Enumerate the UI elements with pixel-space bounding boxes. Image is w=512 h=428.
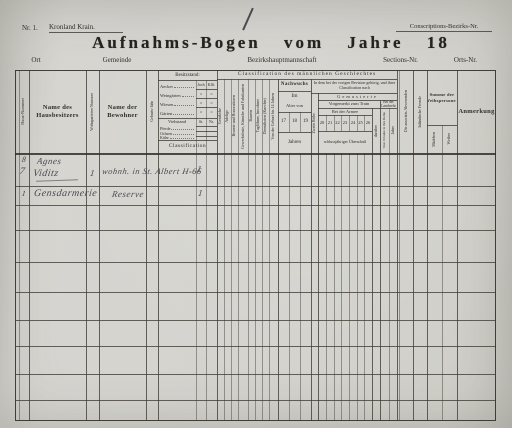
handwritten-wohnpartei: 1 xyxy=(86,167,99,179)
urlaub-col: Vom Urlaube in ihre Reihe xyxy=(380,108,389,153)
armee-year: 21 xyxy=(326,115,334,131)
darueber-col: darüber xyxy=(372,110,380,153)
armee-year: 20 xyxy=(318,115,326,131)
ditto-mark: „ xyxy=(196,90,206,98)
age-19: 19 xyxy=(300,112,311,132)
jahre-col: Jahre xyxy=(389,108,397,153)
class-col-gewerbsleute: Gewerbsleute, Künstler und Fabrikanten xyxy=(238,79,248,153)
armee-year: 22 xyxy=(334,115,341,131)
landwehr-header: Bei der Landwehr xyxy=(380,100,397,108)
col-header-hausbesitzer: Name des Hausbesitzers xyxy=(31,72,84,151)
bei-der-armee-header: Bei der Armee xyxy=(318,108,372,115)
nachwuchs-title: Nachwuchs xyxy=(278,79,311,91)
besitz-row: Aecker xyxy=(159,81,196,89)
handwritten-name-last: Viditz xyxy=(32,168,79,180)
conscription-district-label: Conscriptions-Bezirks-Nr. xyxy=(396,22,492,32)
col-header-bewohner: Name der Bewohner xyxy=(101,72,144,151)
nachwuchs-im: Im xyxy=(278,92,311,101)
classification-box-label: Classification xyxy=(158,140,217,153)
age-17: 17 xyxy=(278,112,289,132)
sections-nr-label: Sections-Nr. xyxy=(373,55,428,65)
handwritten-note: Reserve xyxy=(111,188,163,200)
vorgemerkt-header: Vorgemerkt zum Train xyxy=(318,100,380,108)
census-form-sheet: Nr. 1. Kronland Krain. Conscriptions-Bez… xyxy=(0,0,512,428)
maedchen-col: Mädchen xyxy=(427,125,442,153)
col-header-wohnpartei-nr: Wohnparteien-Nummer xyxy=(86,70,99,153)
handwritten-slash-mark xyxy=(242,8,253,31)
bezirkshauptmannschaft-label: Bezirkshauptmannschaft xyxy=(227,55,337,65)
armee-year: 24 xyxy=(349,115,357,131)
zweite-reihe-col: Zweite Reihe xyxy=(311,93,318,153)
class-col-knaben: Von der Geburt bis 14 Jahren xyxy=(269,79,278,153)
handwritten-name-first: Agnes xyxy=(36,156,78,167)
class-col-bauern: Bauern xyxy=(248,79,255,153)
armee-year: 23 xyxy=(341,115,349,131)
armee-year: 25 xyxy=(357,115,364,131)
summe-weiber-header: Summe der Weibspersonen xyxy=(428,72,456,123)
handwritten-name: Gensdarmerie xyxy=(33,187,110,200)
class-col-beamte: Beamte und Honoratioren xyxy=(231,79,238,153)
class-col-tagloehner: Taglöhner, Inwohner xyxy=(255,79,262,153)
besitz-unit-joch: Joch xyxy=(196,81,206,89)
gemeinde-label: Gemeinde xyxy=(92,55,142,65)
form-number: Nr. 1. xyxy=(22,24,46,33)
revision-header: In dem bei der vorigen Revision gehörig,… xyxy=(312,79,397,93)
besitz-box-title: Besitzstand: xyxy=(158,71,217,80)
armee-year: 26 xyxy=(364,115,372,131)
anmerkung-header: Anmerkung xyxy=(457,70,496,153)
handwritten-haus-nr: 1 xyxy=(18,188,30,199)
nachwuchs-alter-von: Alter von xyxy=(278,101,311,110)
abwesende-col: Die auswärts Abwesenden xyxy=(399,70,413,153)
nachwuchs-jahren: Jahren xyxy=(278,132,311,153)
ditto-mark: „ xyxy=(196,99,206,107)
besitz-unit-klft: Klft. xyxy=(206,81,217,89)
col-header-haus-nr: Haus-Nummer xyxy=(16,70,29,153)
ditto-mark: „ xyxy=(196,108,206,116)
vieh-col2: Nr. xyxy=(206,118,217,126)
fremde-col: Inländische Fremde xyxy=(413,70,427,153)
handwritten-tick: 1 xyxy=(194,163,205,175)
handwritten-haus-nr: 7 xyxy=(16,165,29,178)
classification-title: Classification des männlichen Geschlecht… xyxy=(217,70,397,79)
class-col-dienstboten: Dienstboten (Knechte) xyxy=(262,79,269,153)
besitz-row: Wiesen xyxy=(159,99,196,107)
form-title: Aufnahms-Bogen vom Jahre 18 xyxy=(86,32,456,54)
ort-label: Ort xyxy=(24,55,48,65)
weiber-col: Weiber xyxy=(442,125,457,153)
ditto-mark: „ xyxy=(206,99,217,107)
ditto-mark: „ xyxy=(206,108,217,116)
class-col-geistliche: Geistliche xyxy=(217,79,224,153)
class-col-adelige: Adelige xyxy=(224,79,231,153)
handwritten-haus-nr: 8 xyxy=(18,155,29,165)
age-18: 18 xyxy=(289,112,300,132)
besitz-row: Gärten xyxy=(159,108,196,116)
handwritten-note: wohnh. in St. Albert H-66 xyxy=(101,166,203,178)
handwritten-tick: 1 xyxy=(195,187,206,199)
ditto-mark: „ xyxy=(206,90,217,98)
orts-nr-label: Orts-Nr. xyxy=(443,55,488,65)
gemusterte-header: Gemusterte xyxy=(318,93,397,100)
vieh-title: Viehstand xyxy=(158,118,196,126)
col-header-geburtsjahr: Geburts-Jahr xyxy=(146,70,158,153)
besitz-row: Weingärten xyxy=(159,90,196,98)
ueberschuss-label: schlussjähriger Überschuß xyxy=(318,131,372,153)
vieh-col1: St. xyxy=(196,118,206,126)
